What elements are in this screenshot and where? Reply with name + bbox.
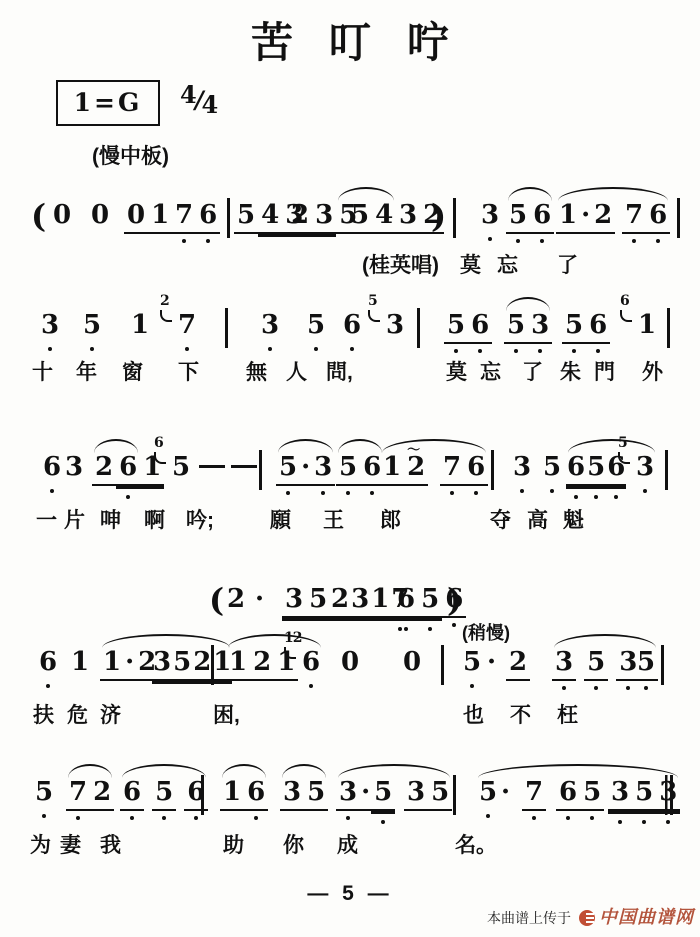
note-cell: 3 xyxy=(608,775,632,811)
lyric-syllable: 吟; xyxy=(186,510,214,531)
augmentation-dot: · xyxy=(360,775,371,811)
note-cell: 3 xyxy=(552,645,576,681)
lyric-syllable: 人 xyxy=(286,362,307,383)
slur-arc xyxy=(102,634,230,648)
note-cell: 3 xyxy=(478,198,502,232)
slur-arc xyxy=(94,439,138,453)
lyric-syllable: 了 xyxy=(522,362,543,383)
lyric-syllable: 啊 xyxy=(144,510,165,531)
barline xyxy=(259,450,262,490)
lyric-syllable: 呻 xyxy=(100,510,121,531)
barline xyxy=(667,308,670,348)
barline xyxy=(211,645,214,685)
note-group: 0 xyxy=(400,645,424,679)
note-group xyxy=(210,645,215,682)
lyric-syllable: 無 xyxy=(246,362,267,383)
lyric-syllable: 門 xyxy=(594,362,615,383)
note-group xyxy=(452,198,457,235)
note-cell: 6 xyxy=(566,450,586,486)
note-group xyxy=(440,645,445,682)
note-cell: 5 xyxy=(32,775,56,809)
note-cell: 5 xyxy=(476,775,500,809)
note-cell: 3 xyxy=(152,645,172,681)
lyric-syllable: 窗 xyxy=(122,362,143,383)
note-cell: 6 xyxy=(586,308,610,344)
note-cell: 7 xyxy=(440,450,464,486)
note-group xyxy=(228,450,260,484)
grace-note: 5 xyxy=(616,450,632,484)
note-group: 3 xyxy=(478,198,502,232)
note-cell: 3 xyxy=(62,450,86,484)
note-cell: 1 xyxy=(226,645,250,681)
note-group: 5 xyxy=(460,645,484,679)
phrase-paren: ( xyxy=(30,198,47,232)
slur-arc xyxy=(282,764,326,778)
note-group: ) xyxy=(430,198,447,232)
duration-dash xyxy=(196,450,228,484)
slur-arc xyxy=(122,764,206,778)
lyric-syllable: 莫 xyxy=(446,362,467,383)
lyric-syllable: 莫 xyxy=(460,255,481,276)
phrase-paren: ) xyxy=(446,582,463,616)
note-group xyxy=(452,775,457,812)
note-group: 76 xyxy=(440,450,488,486)
lyric-syllable: 年 xyxy=(76,362,97,383)
grace-number: 6 xyxy=(620,294,629,308)
note-cell: 6 xyxy=(464,450,488,486)
note-group: 0 xyxy=(88,198,112,232)
barline xyxy=(677,198,680,238)
note-group: 72 xyxy=(66,775,114,811)
slur-arc xyxy=(568,439,655,453)
grace-hook-icon xyxy=(284,647,296,659)
note-group: 5 xyxy=(634,645,658,681)
grace-hook-icon xyxy=(368,310,380,322)
note-group: 53 xyxy=(504,308,552,344)
slur-arc xyxy=(68,764,112,778)
score-line-2: 351273565356535661十年窗下無人問,莫忘了朱門外 xyxy=(0,308,700,403)
lyric-syllable: 不 xyxy=(510,705,531,726)
score-line-1: (0001765432355432)3561·276(桂英唱)莫忘了 xyxy=(0,198,700,293)
lyric-syllable: 願 xyxy=(270,510,291,531)
lyric-syllable: 也 xyxy=(463,705,484,726)
note-group: 2 xyxy=(224,582,248,616)
site-logo-icon xyxy=(579,910,595,926)
note-cell: 3 xyxy=(280,775,304,811)
note-cell: 6 xyxy=(646,198,670,234)
note-group: 1 xyxy=(128,308,152,342)
barline xyxy=(441,645,444,685)
note-group: 1·2 xyxy=(100,645,159,681)
note-cell: 5 xyxy=(306,582,330,618)
note-cell: 5 xyxy=(562,308,586,344)
note-cell: 3 xyxy=(633,450,657,484)
note-cell: 5 xyxy=(172,645,192,681)
grace-note: 12 xyxy=(282,645,298,679)
score-line-3: 63261655·35612763565653一片呻啊吟;願王郎夺高魁 xyxy=(0,450,700,545)
note-group xyxy=(224,308,229,345)
slur-arc xyxy=(278,439,333,453)
lyric-syllable: 郎 xyxy=(380,510,401,531)
note-cell: 7 xyxy=(172,198,196,234)
augmentation-dot: · xyxy=(500,775,511,809)
note-cell: 5 xyxy=(348,198,372,234)
barline xyxy=(661,645,664,685)
note-cell: 5 xyxy=(444,308,468,344)
note-group: 56 xyxy=(336,450,384,486)
slur-arc xyxy=(338,187,394,201)
grace-note: 2 xyxy=(158,308,174,342)
note-cell: 1 xyxy=(128,308,152,342)
note-group: 76 xyxy=(172,198,220,234)
score-line-5: 611·23521121126005·23535扶危济困,也不枉(稍慢) xyxy=(0,645,700,740)
note-group: 5 xyxy=(32,775,56,809)
grace-hook-icon xyxy=(618,452,630,464)
note-cell: 1 xyxy=(380,450,404,486)
note-group: 126 xyxy=(282,645,323,679)
lyric-syllable: 枉 xyxy=(557,705,578,726)
note-cell: 6 xyxy=(299,645,323,679)
note-cell: 2 xyxy=(288,198,312,234)
note-group: 35 xyxy=(282,582,330,618)
note-group xyxy=(196,450,228,484)
lyric-syllable: 忘 xyxy=(480,362,501,383)
note-group: 01 xyxy=(124,198,172,234)
slur-arc xyxy=(382,439,486,453)
watermark-site-name: 中国曲谱网 xyxy=(599,907,694,927)
note-group xyxy=(664,775,674,812)
augmentation-dot: · xyxy=(486,645,497,679)
note-group: 2 xyxy=(506,645,530,681)
note-cell: 6 xyxy=(340,308,364,342)
note-cell: 2 xyxy=(506,645,530,681)
note-cell: 5 xyxy=(169,450,193,484)
lyric-syllable: (桂英唱) xyxy=(362,255,439,276)
lyric-syllable: 片 xyxy=(64,510,85,531)
note-cell: 5 xyxy=(634,645,658,681)
lyric-syllable: 济 xyxy=(100,705,121,726)
score: (0001765432355432)3561·276(桂英唱)莫忘了351273… xyxy=(0,0,700,937)
note-group: 56 xyxy=(444,308,492,344)
note-cell: 2 xyxy=(404,450,428,486)
lyric-syllable: 王 xyxy=(323,510,344,531)
note-cell: 3 xyxy=(311,450,335,486)
note-group: 5 xyxy=(476,775,500,809)
note-group: 0 xyxy=(50,198,74,232)
note-cell: 5 xyxy=(506,198,530,234)
note-group xyxy=(664,450,669,487)
note-group xyxy=(416,308,421,345)
tempo-annotation: (稍慢) xyxy=(462,619,510,645)
note-cell: 0 xyxy=(400,645,424,679)
note-group xyxy=(676,198,681,235)
duration-dash xyxy=(228,450,260,484)
note-cell: 5 xyxy=(234,198,258,234)
note-group xyxy=(258,450,263,487)
note-cell: 5 xyxy=(276,450,300,486)
note-group: 12 xyxy=(380,450,428,486)
note-group: 35 xyxy=(404,775,452,811)
note-cell: 7 xyxy=(522,775,546,811)
lyric-syllable: 危 xyxy=(67,705,88,726)
note-cell: 6 xyxy=(36,645,60,679)
note-group: ( xyxy=(30,198,47,232)
slur-arc xyxy=(338,764,450,778)
note-cell: 5 xyxy=(586,450,606,486)
note-group: 3 xyxy=(38,308,62,342)
note-group: 53 xyxy=(616,450,657,484)
note-cell: 6 xyxy=(40,450,64,484)
note-group: 16 xyxy=(220,775,268,811)
note-cell: 6 xyxy=(556,775,580,811)
slur-arc xyxy=(222,764,266,778)
note-group: 56 xyxy=(562,308,610,344)
lyric-syllable: 我 xyxy=(100,835,121,856)
lyric-syllable: 名。 xyxy=(455,835,497,856)
barline xyxy=(453,775,456,815)
phrase-paren: ( xyxy=(208,582,225,616)
note-cell: 1 xyxy=(220,775,244,811)
score-line-4: (2·352317656) xyxy=(0,582,700,630)
note-group: 5 xyxy=(540,450,564,484)
note-cell: 6 xyxy=(530,198,554,234)
note-group: · xyxy=(500,775,511,809)
score-line-6: 57265616353·5355·765353为妻我助你成名。 xyxy=(0,775,700,870)
note-group: 27 xyxy=(158,308,199,342)
note-cell: 7 xyxy=(66,775,90,811)
note-cell: 4 xyxy=(258,198,282,234)
grace-hook-icon xyxy=(160,310,172,322)
note-group: · xyxy=(254,582,265,616)
note-cell: 7 xyxy=(175,308,199,342)
grace-number: 6 xyxy=(154,436,163,450)
watermark: 本曲谱上传于中国曲谱网 xyxy=(487,903,694,929)
lyric-syllable: 一 xyxy=(36,510,57,531)
note-cell: 3 xyxy=(258,308,282,342)
note-cell: 1 xyxy=(556,198,580,234)
note-group: 65 xyxy=(556,775,604,811)
augmentation-dot: · xyxy=(580,198,591,234)
note-cell: 3 xyxy=(38,308,62,342)
note-cell: 5 xyxy=(428,775,452,811)
note-cell: 6 xyxy=(116,450,140,486)
note-cell: 3 xyxy=(510,450,534,484)
note-cell: 0 xyxy=(88,198,112,232)
note-group: 54 xyxy=(348,198,396,234)
note-group xyxy=(666,308,671,345)
note-group: 3 xyxy=(258,308,282,342)
watermark-prefix: 本曲谱上传于 xyxy=(487,910,571,926)
note-cell: 6 xyxy=(244,775,268,811)
note-cell: 0 xyxy=(124,198,148,234)
grace-number: 2 xyxy=(160,294,169,308)
note-cell: 2 xyxy=(90,775,114,811)
grace-note: 6 xyxy=(152,450,168,484)
note-cell: 3 xyxy=(282,582,306,618)
lyric-syllable: 忘 xyxy=(497,255,518,276)
note-cell: 3 xyxy=(312,198,336,234)
augmentation-dot: · xyxy=(300,450,311,486)
lyric-syllable: 助 xyxy=(223,835,244,856)
note-group: ) xyxy=(446,582,463,616)
lyric-syllable: 下 xyxy=(178,362,199,383)
note-group xyxy=(660,645,665,682)
note-group xyxy=(226,198,231,235)
slur-arc xyxy=(228,634,321,648)
grace-hook-icon xyxy=(154,452,166,464)
note-cell: 2 xyxy=(224,582,248,616)
note-cell: 4 xyxy=(372,198,396,234)
note-group: 6 xyxy=(340,308,364,342)
note-group: 56 xyxy=(506,198,554,234)
note-group: 76 xyxy=(622,198,670,234)
note-cell: 5 xyxy=(80,308,104,342)
lyric-syllable: 外 xyxy=(642,362,663,383)
barline xyxy=(665,450,668,490)
grace-note: 5 xyxy=(366,308,382,342)
note-cell: 1 xyxy=(635,308,659,342)
lyric-syllable: 成 xyxy=(337,835,358,856)
note-cell: 5 xyxy=(632,775,656,811)
augmentation-dot: · xyxy=(254,582,265,616)
lyric-syllable: 为 xyxy=(30,835,51,856)
note-cell: 6 xyxy=(468,308,492,344)
note-cell: 5 xyxy=(584,645,608,681)
note-cell: 7 xyxy=(622,198,646,234)
note-group: 53 xyxy=(366,308,407,342)
note-group: 6 xyxy=(40,450,64,484)
note-cell: 6 xyxy=(394,582,418,618)
note-cell: 6 xyxy=(196,198,220,234)
slur-arc xyxy=(338,439,382,453)
note-cell: 3 xyxy=(396,198,420,234)
note-cell: 5 xyxy=(504,308,528,344)
final-barline xyxy=(665,775,673,815)
lyric-syllable: 夺 xyxy=(490,510,511,531)
note-cell: 1 xyxy=(100,645,124,681)
note-group: 6 xyxy=(36,645,60,679)
note-cell: 0 xyxy=(50,198,74,232)
grace-note: 6 xyxy=(618,308,634,342)
note-group: 5 xyxy=(80,308,104,342)
note-cell: 5 xyxy=(418,582,442,618)
lyric-syllable: 魁 xyxy=(563,510,584,531)
lyric-syllable: 問, xyxy=(326,362,353,383)
note-cell: 2 xyxy=(591,198,615,234)
note-cell: 3 xyxy=(404,775,428,811)
note-group: 61 xyxy=(618,308,659,342)
note-group: 7 xyxy=(522,775,546,811)
note-cell: 1 xyxy=(68,645,92,679)
note-group: 5·3 xyxy=(276,450,335,486)
note-group: · xyxy=(486,645,497,679)
note-group: 35 xyxy=(280,775,328,811)
phrase-paren: ) xyxy=(430,198,447,232)
note-cell: 5 xyxy=(304,308,328,342)
slur-arc xyxy=(506,297,550,311)
lyric-syllable: 困, xyxy=(213,705,240,726)
note-cell: 2 xyxy=(250,645,274,681)
note-cell: 5 xyxy=(152,775,176,811)
note-cell: 5 xyxy=(304,775,328,811)
barline xyxy=(201,775,204,815)
note-group: 5 xyxy=(304,308,328,342)
note-cell: 3 xyxy=(528,308,552,344)
lyric-syllable: 十 xyxy=(32,362,53,383)
note-group xyxy=(200,775,205,812)
barline xyxy=(227,198,230,238)
lyric-syllable: 了 xyxy=(557,255,578,276)
barline xyxy=(225,308,228,348)
lyric-syllable: 朱 xyxy=(560,362,581,383)
note-cell: 1 xyxy=(148,198,172,234)
note-group: 1 xyxy=(68,645,92,679)
barline xyxy=(491,450,494,490)
note-cell: 2 xyxy=(92,450,116,486)
note-group: 3521 xyxy=(152,645,232,681)
note-cell: 3 xyxy=(336,775,360,811)
note-cell: 5 xyxy=(371,775,395,811)
note-cell: 3 xyxy=(383,308,407,342)
lyric-syllable: 妻 xyxy=(60,835,81,856)
lyric-syllable: 高 xyxy=(527,510,548,531)
barline xyxy=(453,198,456,238)
note-group: 0 xyxy=(338,645,362,679)
note-group: 3 xyxy=(510,450,534,484)
note-group: 65 xyxy=(152,450,193,484)
slur-arc xyxy=(508,187,552,201)
slur-arc xyxy=(478,764,678,778)
grace-hook-icon xyxy=(620,310,632,322)
note-cell: 5 xyxy=(460,645,484,679)
note-cell: 3 xyxy=(350,582,370,618)
note-cell: 5 xyxy=(540,450,564,484)
note-cell: 0 xyxy=(338,645,362,679)
augmentation-dot: · xyxy=(124,645,135,681)
note-group: 3·5 xyxy=(336,775,395,811)
note-group: ( xyxy=(208,582,225,616)
note-group: 1·2 xyxy=(556,198,615,234)
note-cell: 2 xyxy=(330,582,350,618)
lyric-syllable: 扶 xyxy=(33,705,54,726)
note-cell: 5 xyxy=(580,775,604,811)
slur-arc xyxy=(558,187,668,201)
grace-number: 5 xyxy=(368,294,377,308)
note-group: 3 xyxy=(62,450,86,484)
note-cell: 6 xyxy=(120,775,144,811)
lyric-syllable: 你 xyxy=(283,835,304,856)
slur-arc xyxy=(554,634,656,648)
barline xyxy=(417,308,420,348)
note-group xyxy=(490,450,495,487)
note-cell: 1 xyxy=(370,582,390,618)
note-cell: 5 xyxy=(336,450,360,486)
